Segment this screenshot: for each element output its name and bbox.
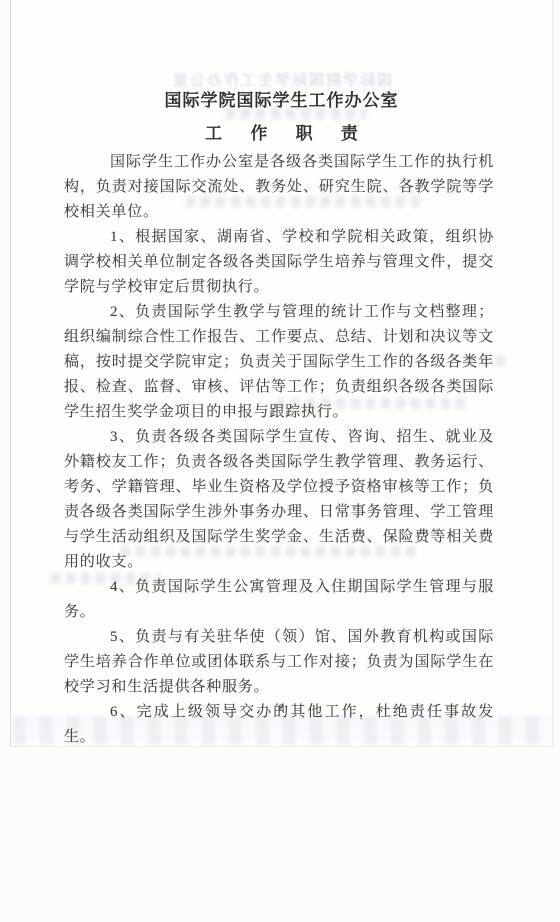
- document-subtitle: 工 作 职 责: [11, 119, 552, 144]
- duty-item-5: 5、负责与有关驻华使（领）馆、国外教育机构或国际学生培养合作单位或团体联系与工作…: [64, 625, 494, 700]
- duty-item-4: 4、负责国际学生公寓管理及入住期国际学生管理与服务。: [64, 575, 494, 625]
- intro-paragraph: 国际学生工作办公室是各级各类国际学生工作的执行机构，负责对接国际交流处、教务处、…: [64, 150, 494, 225]
- document-title: 国际学院国际学生工作办公室: [11, 86, 552, 111]
- page-number: 8: [11, 702, 552, 714]
- duty-item-2: 2、负责国际学生教学与管理的统计工作与文档整理；组织编制综合性工作报告、工作要点…: [64, 300, 494, 425]
- document-page: 国际学院国际学生工作办公室 国际学院国际学生工作办公室 工 作 职 责 国际学生…: [10, 0, 553, 747]
- document-body: 国际学生工作办公室是各级各类国际学生工作的执行机构，负责对接国际交流处、教务处、…: [64, 150, 494, 750]
- duty-item-3: 3、负责各级各类国际学生宣传、咨询、招生、就业及外籍校友工作；负责各级各类国际学…: [64, 425, 494, 575]
- duty-item-1: 1、根据国家、湖南省、学校和学院相关政策，组织协调学校相关单位制定各级各类国际学…: [64, 225, 494, 300]
